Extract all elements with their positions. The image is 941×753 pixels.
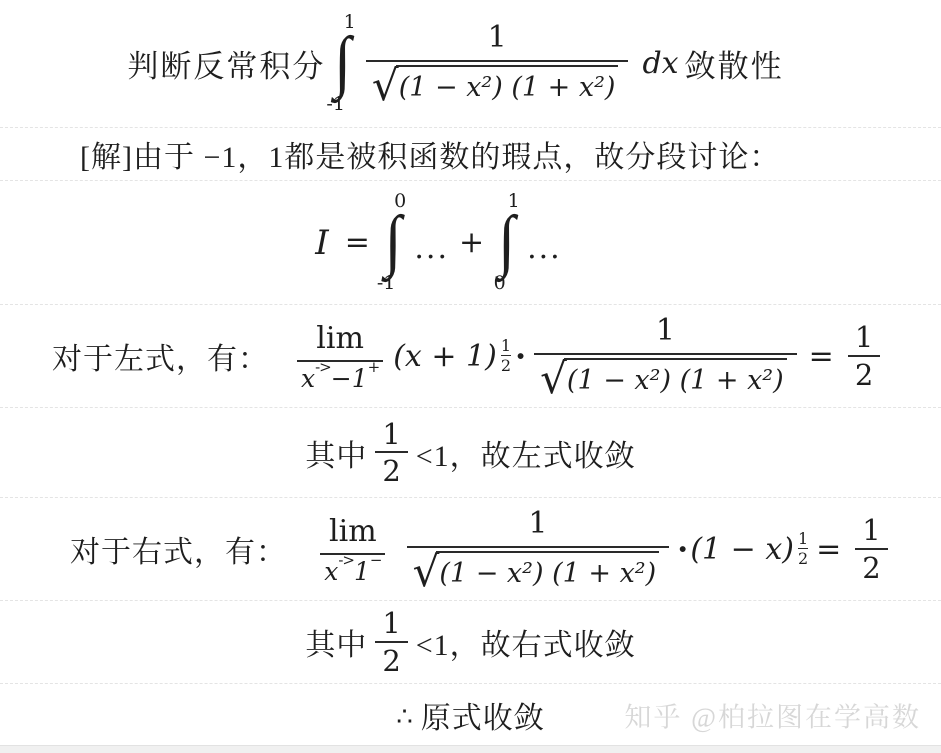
fraction-denominator: √ (1 − x²) (1 + x²): [366, 60, 629, 107]
integrand-fraction: 1 √ (1 − x²) (1 + x²): [534, 313, 797, 400]
conclusion-prefix: 其中: [305, 431, 367, 475]
title-fraction: 1 √ (1 − x²) (1 + x²): [366, 20, 629, 107]
limit-subscript: x -> −1 +: [297, 360, 383, 391]
limit-arrow: ->: [315, 360, 331, 375]
left-integral: 0 ∫ -1: [384, 192, 403, 293]
therefore-symbol: ∴: [396, 702, 413, 732]
math-solution-page: 判断反常积分 1 ∫ -1 1 √ (1 − x²) (1 + x²) dx 敛…: [0, 0, 941, 753]
exponent-numerator: 1: [798, 531, 808, 548]
exponent-denominator: 2: [501, 355, 511, 374]
radicand: (1 − x²) (1 + x²): [436, 551, 659, 589]
right-conclusion-row: 其中 1 2 <1，故右式收敛: [0, 600, 941, 683]
title-prefix: 判断反常积分: [127, 41, 325, 86]
multiplication-dot: ·: [677, 530, 688, 568]
power-exponent: 1 2: [798, 531, 808, 567]
conclusion-suffix: <1，故右式收敛: [416, 620, 636, 664]
plus-sign: +: [459, 225, 484, 260]
integral-lower-bound: -1: [326, 95, 345, 114]
integral-lower-bound: -1: [377, 274, 396, 293]
limit-target: 1: [354, 559, 370, 584]
limit-stack: lim x -> −1 +: [297, 321, 383, 391]
split-row: I = 0 ∫ -1 ... + 1 ∫ 0 ...: [0, 180, 941, 304]
lim-word: lim: [315, 514, 391, 553]
conclusion-prefix: 其中: [305, 620, 367, 664]
integrand-fraction: 1 √ (1 − x²) (1 + x²): [407, 506, 670, 593]
solution-text: [解]由于 −1，1都是被积函数的瑕点，故分段讨论：: [80, 132, 780, 176]
integral-lower-bound: 0: [494, 274, 506, 293]
fraction-denominator: 2: [375, 641, 407, 676]
left-conclusion-row: 其中 1 2 <1，故左式收敛: [0, 407, 941, 497]
title-integral: 1 ∫ -1: [333, 13, 352, 114]
half-fraction: 1 2: [375, 419, 407, 487]
result-denominator: 2: [855, 548, 887, 583]
integral-sign: ∫: [334, 31, 351, 95]
fraction-denominator: √ (1 − x²) (1 + x²): [407, 546, 670, 593]
ellipsis: ...: [527, 231, 562, 266]
bottom-bar: [0, 745, 941, 753]
radical-sign: √: [372, 65, 399, 107]
radicand: (1 − x²) (1 + x²): [396, 65, 619, 103]
left-case-label: 对于左式，有：: [52, 334, 269, 378]
title-row: 判断反常积分 1 ∫ -1 1 √ (1 − x²) (1 + x²) dx 敛…: [0, 0, 941, 127]
final-text: 原式收敛: [421, 693, 545, 737]
equals-sign: =: [345, 225, 370, 260]
radical: √ (1 − x²) (1 + x²): [540, 358, 787, 400]
exponent-denominator: 2: [798, 548, 808, 567]
limit-subscript: x -> 1 −: [320, 553, 385, 584]
fraction-numerator: 1: [375, 608, 407, 640]
right-integral: 1 ∫ 0: [498, 192, 515, 293]
power-base: (x + 1): [393, 339, 497, 374]
result-numerator: 1: [848, 322, 880, 354]
limit-target: −1: [331, 366, 368, 391]
title-suffix: 敛散性: [685, 41, 784, 86]
lim-word: lim: [302, 321, 378, 360]
multiplication-dot: ·: [515, 337, 526, 375]
limit-side-sign: +: [368, 360, 380, 375]
final-row: ∴ 原式收敛 知乎 @柏拉图在学高数: [0, 683, 941, 745]
integral-sign: ∫: [498, 210, 515, 274]
zhihu-watermark: 知乎 @柏拉图在学高数: [624, 695, 921, 734]
fraction-denominator: √ (1 − x²) (1 + x²): [534, 353, 797, 400]
radical-sign: √: [540, 358, 567, 400]
conclusion-suffix: <1，故左式收敛: [416, 431, 636, 475]
power-exponent: 1 2: [501, 338, 511, 374]
limit-variable: x: [324, 559, 338, 584]
limit-variable: x: [301, 366, 315, 391]
solution-row: [解]由于 −1，1都是被积函数的瑕点，故分段讨论：: [0, 127, 941, 180]
integral-sign: ∫: [385, 210, 402, 274]
fraction-numerator: 1: [656, 313, 675, 353]
limit-side-sign: −: [370, 553, 382, 568]
limit-arrow: ->: [338, 553, 354, 568]
radical-sign: √: [413, 551, 440, 593]
fraction-numerator: 1: [375, 419, 407, 451]
radical: √ (1 − x²) (1 + x²): [372, 65, 619, 107]
left-limit-row: 对于左式，有： lim x -> −1 + (x + 1) 1 2 · 1 √ …: [0, 304, 941, 407]
radicand: (1 − x²) (1 + x²): [564, 358, 787, 396]
right-limit-row: 对于右式，有： lim x -> 1 − 1 √ (1 − x²) (1 + x…: [0, 497, 941, 600]
fraction-denominator: 2: [375, 451, 407, 486]
fraction-numerator: 1: [528, 506, 547, 546]
limit-stack: lim x -> 1 −: [315, 514, 391, 584]
result-fraction: 1 2: [855, 515, 887, 583]
result-denominator: 2: [848, 355, 880, 390]
power-base: (1 − x): [690, 532, 794, 567]
equals-sign: =: [809, 339, 834, 374]
ellipsis: ...: [414, 231, 449, 266]
equals-sign: =: [816, 532, 841, 567]
lhs-symbol: I: [315, 223, 328, 263]
exponent-numerator: 1: [501, 338, 511, 355]
right-case-label: 对于右式，有：: [70, 527, 287, 571]
result-fraction: 1 2: [848, 322, 880, 390]
dx-term: dx: [642, 46, 678, 81]
result-numerator: 1: [855, 515, 887, 547]
half-fraction: 1 2: [375, 608, 407, 676]
radical: √ (1 − x²) (1 + x²): [413, 551, 660, 593]
fraction-numerator: 1: [488, 20, 507, 60]
